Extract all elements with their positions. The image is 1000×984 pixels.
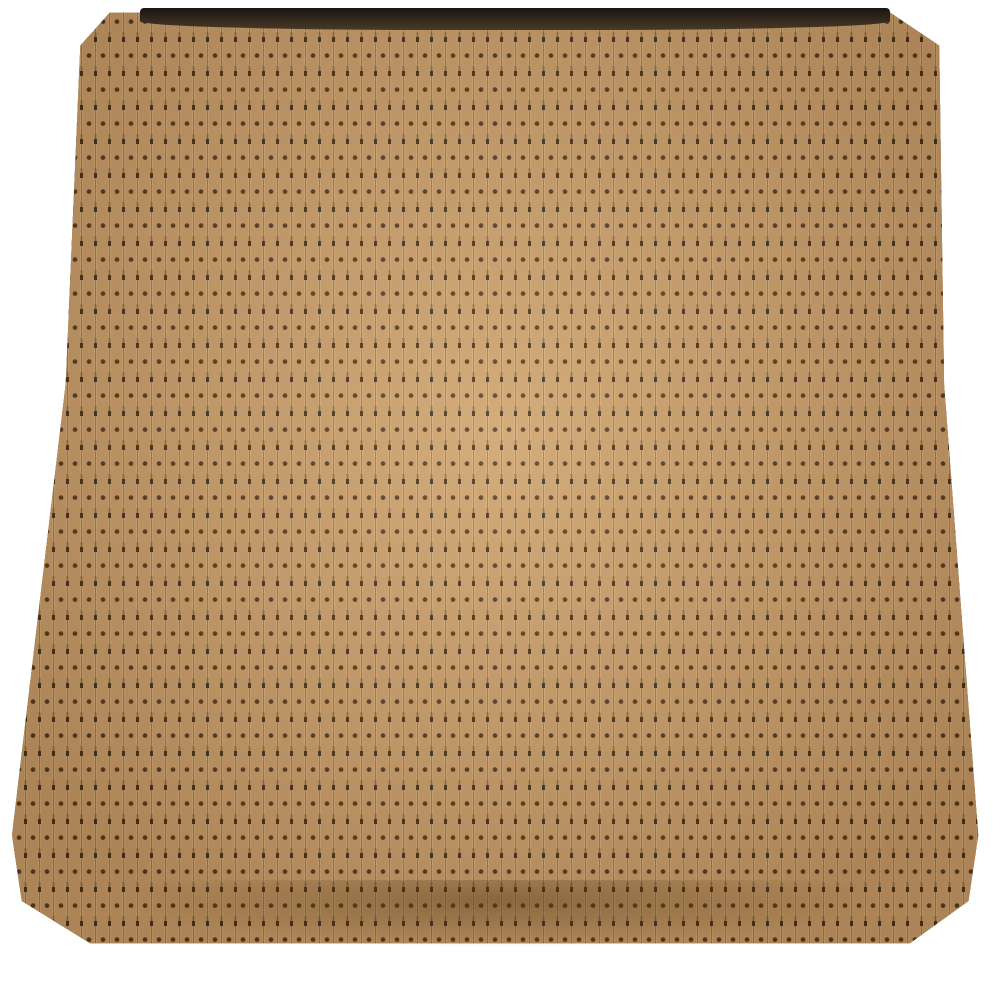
bottom-shadow [120, 880, 880, 948]
sequin-bag [12, 8, 988, 948]
photo-stage [0, 0, 1000, 984]
bag-opening [140, 8, 890, 30]
